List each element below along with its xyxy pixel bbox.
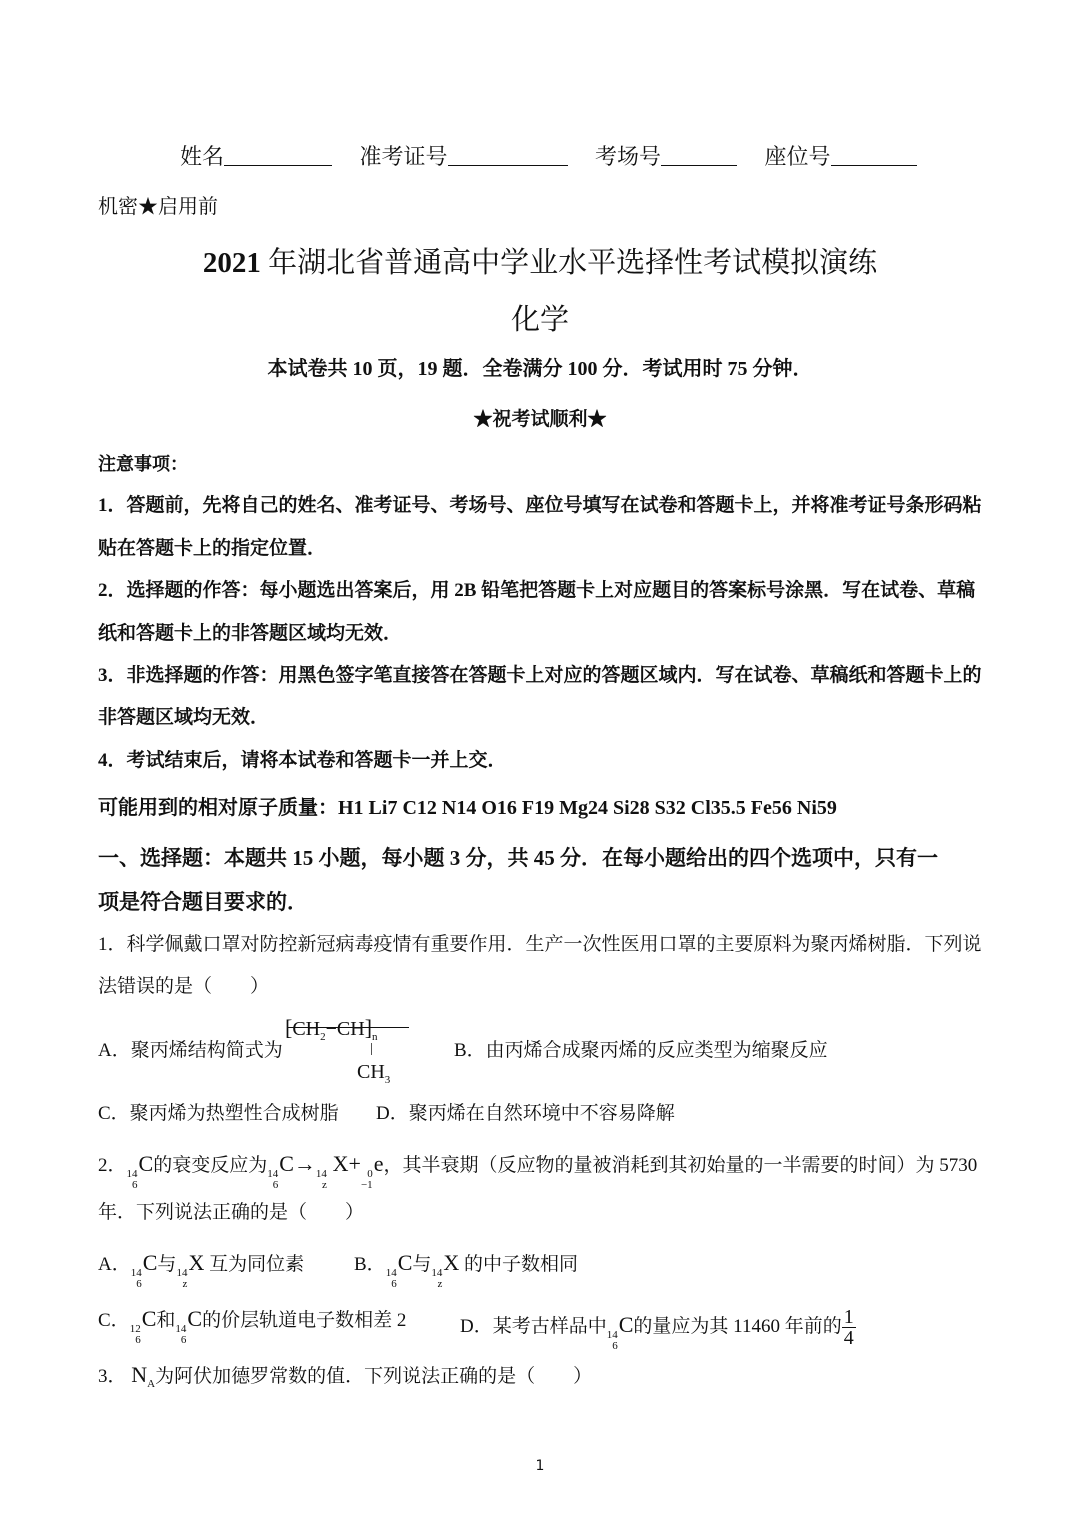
room-field[interactable]: 考场号 [595, 144, 737, 169]
exam-id-field[interactable]: 准考证号 [360, 144, 568, 169]
q1-stem-line1: 1．科学佩戴口罩对防控新冠病毒疫情有重要作用．生产一次性医用口罩的主要原料为聚丙… [98, 933, 982, 957]
q1-option-a: A．聚丙烯结构简式为 [98, 1039, 283, 1063]
section-1-heading-line1: 一、选择题：本题共 15 小题，每小题 3 分，共 45 分．在每小题给出的四个… [98, 846, 938, 870]
note-3-line1: 3．非选择题的作答：用黑色签字笔直接答在答题卡上对应的答题区域内．写在试卷、草稿… [98, 664, 982, 688]
exam-info: 本试卷共 10 页，19 题．全卷满分 100 分．考试用时 75 分钟． [0, 352, 1080, 381]
q1-option-c: C．聚丙烯为热塑性合成树脂 [98, 1102, 339, 1126]
room-blank[interactable] [661, 145, 737, 166]
page-title: 2021 年湖北省普通高中学业水平选择性考试模拟演练 [0, 240, 1080, 281]
polypropylene-formula: [CH2−CH]n CH3 [285, 1015, 425, 1090]
q1-option-d: D．聚丙烯在自然环境中不容易降解 [376, 1102, 675, 1126]
q2-option-b: B．146C与14zX 的中子数相同 [354, 1251, 578, 1290]
q1-stem-line2: 法错误的是（ ） [98, 975, 269, 999]
q1-option-b: B．由丙烯合成聚丙烯的反应类型为缩聚反应 [454, 1039, 828, 1063]
candidate-info-fields: 姓名 准考证号 考场号 座位号 [180, 140, 939, 171]
page-number: 1 [0, 1458, 1080, 1474]
q2-option-a: A．146C与14zX 互为同位素 [98, 1251, 304, 1290]
note-1-line1: 1．答题前，先将自己的姓名、准考证号、考场号、座位号填写在试卷和答题卡上，并将准… [98, 494, 982, 518]
note-1-line2: 贴在答题卡上的指定位置． [98, 537, 326, 561]
note-4: 4．考试结束后，请将本试卷和答题卡一并上交． [98, 749, 507, 773]
note-3-line2: 非答题区域均无效． [98, 706, 269, 730]
good-luck-wish: ★祝考试顺利★ [0, 404, 1080, 431]
q2-option-c: C．126C和146C的价层轨道电子数相差 2 [98, 1307, 406, 1346]
note-2-line2: 纸和答题卡上的非答题区域均无效． [98, 622, 402, 646]
q2-stem-line1: 2．146C的衰变反应为146C→14z X+0−1e，其半衰期（反应物的量被消… [98, 1152, 977, 1191]
q3-stem: 3． NA为阿伏加德罗常数的值．下列说法正确的是（ ） [98, 1363, 592, 1396]
atomic-masses: 可能用到的相对原子质量：H1 Li7 C12 N14 O16 F19 Mg24 … [98, 796, 837, 820]
seat-blank[interactable] [831, 145, 917, 166]
exam-id-blank[interactable] [448, 145, 568, 166]
name-field[interactable]: 姓名 [180, 144, 332, 169]
one-quarter-fraction: 14 [842, 1307, 856, 1348]
seat-field[interactable]: 座位号 [765, 144, 917, 169]
q2-option-d: D．某考古样品中146C的量应为其 11460 年前的14 [460, 1307, 856, 1352]
subject-title: 化学 [0, 297, 1080, 338]
q2-stem-line2: 年．下列说法正确的是（ ） [98, 1201, 364, 1225]
section-1-heading-line2: 项是符合题目要求的． [98, 890, 308, 914]
note-2-line1: 2．选择题的作答：每小题选出答案后，用 2B 铅笔把答题卡上对应题目的答案标号涂… [98, 579, 975, 603]
confidential-label: 机密★启用前 [98, 190, 218, 219]
notes-heading: 注意事项： [98, 452, 188, 476]
name-blank[interactable] [224, 145, 332, 166]
